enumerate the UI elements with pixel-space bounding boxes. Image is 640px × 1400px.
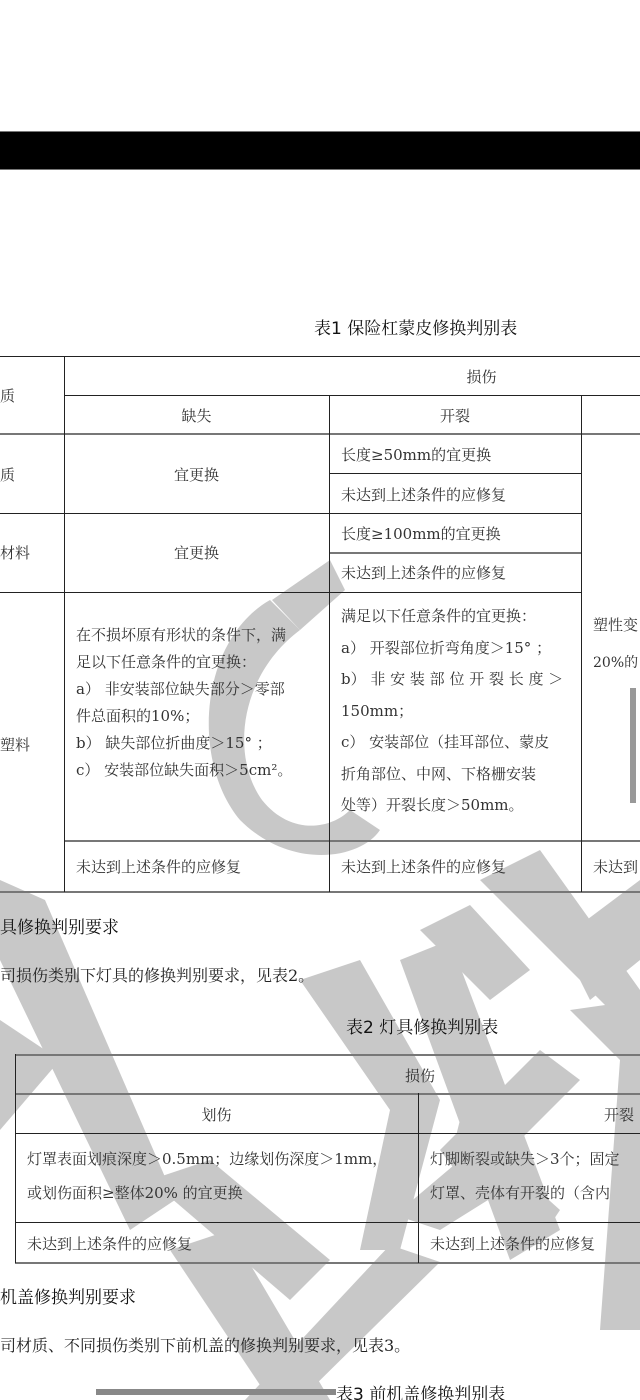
table1-row3-repair-deform: 未达到 — [593, 856, 638, 877]
scroll-indicator[interactable] — [96, 1389, 336, 1395]
table1-header-missing: 缺失 — [64, 405, 329, 426]
table2-row1-crack: 灯脚断裂或缺失＞3个；固定 灯罩、壳体有开裂的（含内 — [430, 1142, 620, 1210]
table1-col-border — [581, 395, 582, 892]
table1-header-crack: 开裂 — [329, 405, 581, 426]
section-hood-heading: 机盖修换判别要求 — [0, 1283, 136, 1308]
table3-title: 表3 前机盖修换判别表 — [336, 1380, 505, 1400]
top-black-bar — [0, 131, 640, 170]
section-hood-text: 司材质、不同损伤类别下前机盖的修换判别要求，见表3。 — [0, 1333, 410, 1356]
table1-border-top — [0, 356, 640, 357]
table2-header-bottom — [15, 1133, 640, 1134]
scrollbar-thumb[interactable] — [630, 688, 636, 803]
table2-border-bottom — [15, 1262, 640, 1264]
table1-header-bottom — [0, 433, 640, 435]
table1-title: 表1 保险杠蒙皮修换判别表 — [314, 314, 517, 339]
table1-divider — [0, 513, 581, 514]
table1-row2-missing: 宜更换 — [64, 542, 329, 563]
section-lamp-text: 司损伤类别下灯具的修换判别要求，见表2。 — [0, 963, 314, 986]
table1-header-material: 质 — [0, 385, 15, 406]
table1-row2-crack-a: 长度≥100mm的宜更换 — [341, 523, 501, 544]
table1-divider — [329, 552, 581, 554]
table1-divider — [64, 840, 640, 842]
table2-header-crack: 开裂 — [604, 1104, 634, 1125]
table1-row2-crack-b: 未达到上述条件的应修复 — [341, 562, 506, 583]
table2-header-damage: 损伤 — [15, 1065, 640, 1086]
table2-title: 表2 灯具修换判别表 — [346, 1013, 498, 1038]
table2-header-divider — [15, 1093, 640, 1095]
table2-divider — [15, 1222, 640, 1223]
table2-row1-scratch: 灯罩表面划痕深度＞0.5mm；边缘划伤深度＞1mm， 或划伤面积≥整体20% 的… — [27, 1142, 387, 1210]
table1-row3-repair-missing: 未达到上述条件的应修复 — [76, 856, 241, 877]
table1-divider — [329, 473, 581, 474]
table1-header-divider — [64, 395, 640, 396]
table2-col-border — [418, 1093, 419, 1263]
table2-border-top — [15, 1054, 640, 1056]
table1-row3-material: 塑料 — [0, 734, 30, 755]
table1-row1-crack-b: 未达到上述条件的应修复 — [341, 484, 506, 505]
table2-row2-scratch: 未达到上述条件的应修复 — [27, 1233, 192, 1254]
table1-header-damage: 损伤 — [64, 366, 640, 387]
section-lamp-heading: 具修换判别要求 — [0, 913, 119, 938]
table1-divider — [0, 592, 581, 593]
table1-row2-material: 材料 — [0, 542, 30, 563]
table1-row3-deform: 塑性变 20%的 — [593, 606, 638, 682]
table1-row1-crack-a: 长度≥50mm的宜更换 — [341, 444, 491, 465]
table1-border-bottom — [0, 891, 640, 893]
table1-col-border — [64, 356, 65, 892]
table2-header-scratch: 划伤 — [15, 1104, 418, 1125]
table1-row3-repair-crack: 未达到上述条件的应修复 — [341, 856, 506, 877]
table1-col-border — [329, 395, 330, 892]
table1-row1-missing: 宜更换 — [64, 464, 329, 485]
table1-row1-material: 质 — [0, 464, 15, 485]
table1-row3-crack: 满足以下任意条件的宜更换： a） 开裂部位折弯角度＞15° ； b） 非 安 装… — [341, 601, 563, 822]
table2-row2-crack: 未达到上述条件的应修复 — [430, 1233, 595, 1254]
table1-row3-missing: 在不损坏原有形状的条件下，满 足以下任意条件的宜更换： a） 非安装部位缺失部分… — [76, 622, 292, 784]
